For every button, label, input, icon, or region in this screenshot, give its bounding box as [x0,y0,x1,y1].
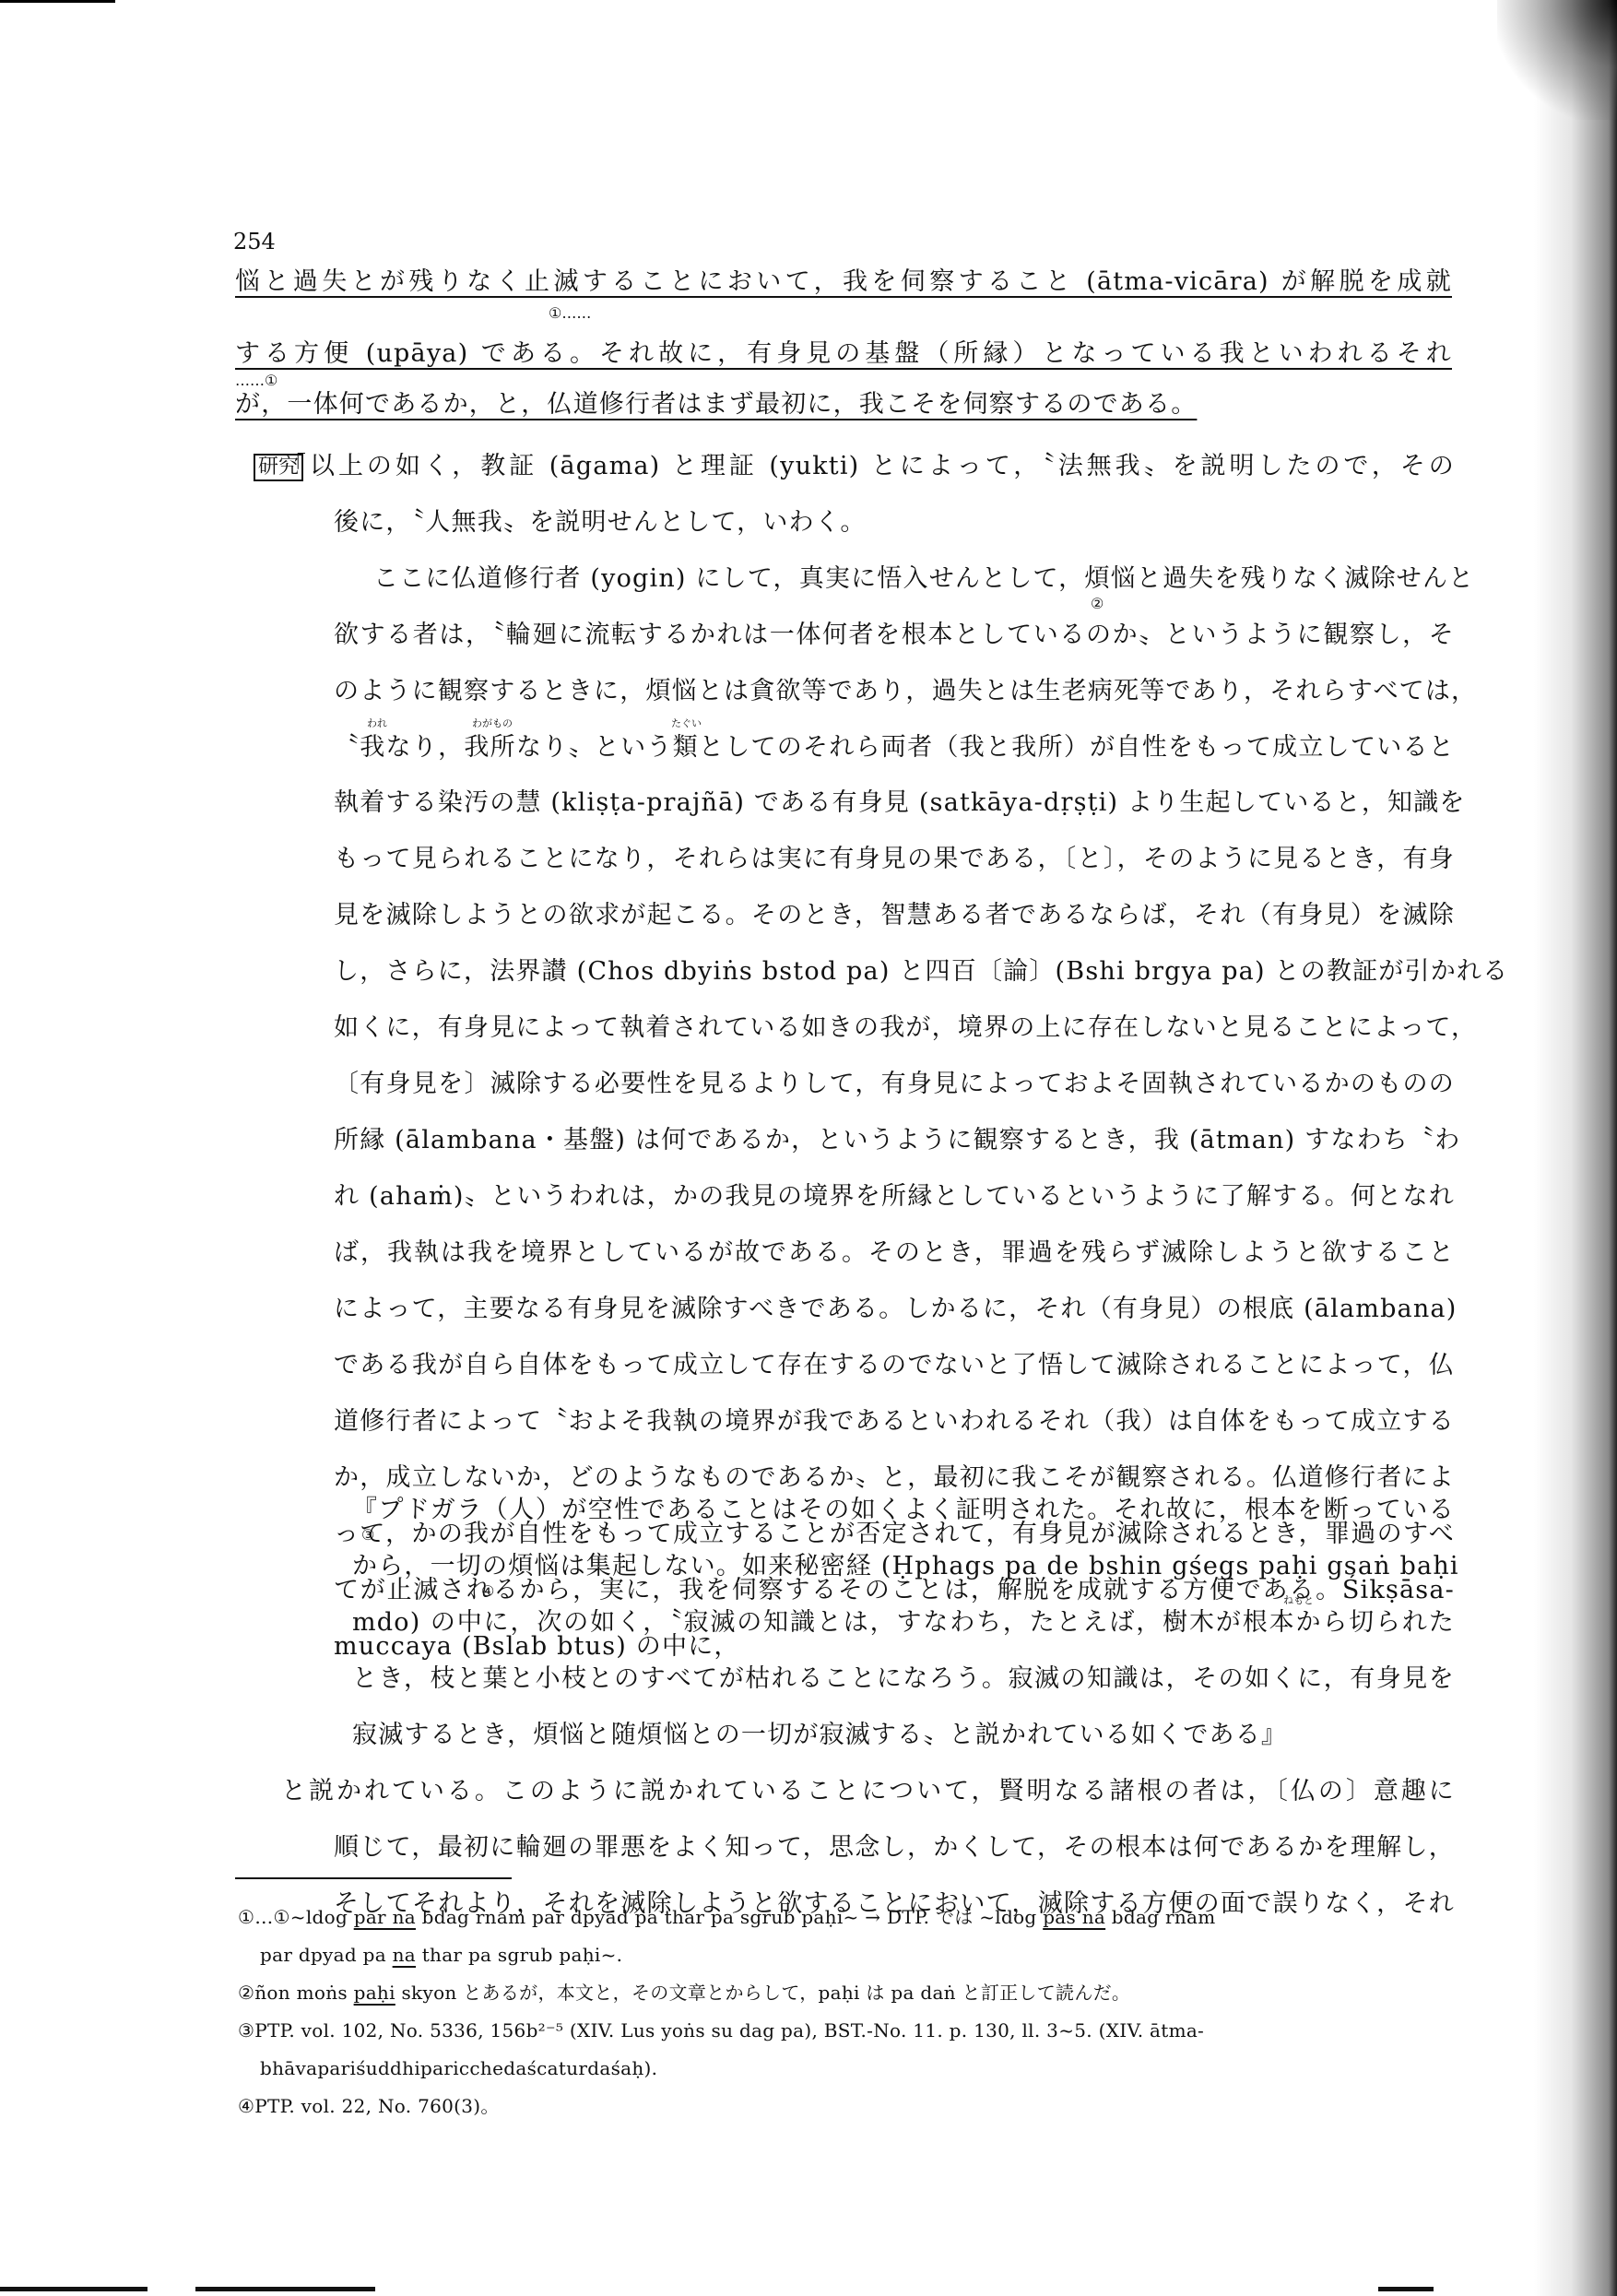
research-line: のように観察するときに，煩悩とは貪欲等であり，過失とは生老病死等であり，それらす… [334,677,1455,706]
footnote-4: ④PTP. vol. 22, No. 760(3)。 [238,2094,500,2118]
research-line: 欲する者は，〝輪廻に流転するかれは一体何者を根本としているのか〟というように観察… [334,621,1455,650]
footnote-3-cont: bhāvapariśuddhiparicchedaścaturdaśaḥ). [260,2056,657,2080]
research-line: ば，我執は我を境界としているが故である。そのとき，罪過を残らず滅除しようと欲する… [334,1238,1455,1268]
research-line: 如くに，有身見によって執着されている如きの我が，境界の上に存在しないと見ることに… [334,1013,1455,1043]
quote-line: 『プドガラ（人）が空性であることはその如くよく証明された。それ故に，根本を断って… [352,1496,1455,1525]
research-line: か，成立しないか，どのようなものであるか〟と，最初に我こそが観察される。仏道修行… [334,1463,1455,1493]
research-line: ここに仏道修行者 (yogin) にして，真実に悟入せんとして，煩悩と過失を残り… [373,564,1455,594]
footnote-3: ③PTP. vol. 102, No. 5336, 156b²⁻⁵ (XIV. … [238,2018,1204,2042]
research-line: である我が自ら自体をもって成立して存在するのでないと了悟して滅除されることによっ… [334,1351,1455,1380]
closing-line: と説かれている。このように説かれていることについて，賢明なる諸根の者は，〔仏の〕… [281,1777,1455,1806]
note-reference-mark: ①…… [549,304,591,322]
footnote-text: ④PTP. vol. 22, No. 760(3)。 [238,2095,500,2117]
research-line: もって見られることになり，それらは実に有身見の果である，〔と〕，そのように見ると… [334,845,1455,874]
footnote-2: ②ñon moṅs paḥi skyon とあるが，本文と，その文章とからして，… [238,1981,1130,2005]
research-line: 後に，〝人無我〟を説明せんとして，いわく。 [334,508,867,538]
underlined-term: na [393,1944,416,1966]
footnote-text: ②ñon moṅs [238,1982,354,2004]
footnote-text: bdag rnam par dpyad pa thar pa sgrub paḥ… [416,1906,1043,1928]
research-line: し，さらに，法界讃 (Chos dbyiṅs bstod pa) と四百〔論〕(… [334,957,1455,987]
footnote-text: ③PTP. vol. 102, No. 5336, 156b²⁻⁵ (XIV. … [238,2019,1204,2042]
footnote-text: bhāvapariśuddhiparicchedaścaturdaśaḥ). [260,2057,657,2079]
scan-top-edge-line [0,0,115,3]
footnote-text: skyon とあるが，本文と，その文章とからして，paḥi は pa daṅ と… [395,1982,1130,2004]
research-line: 見を滅除しようとの欲求が起こる。そのとき，智慧ある者であるならば，それ（有身見）… [334,901,1455,930]
research-line: 執着する染汚の慧 (kliṣṭa-prajñā) である有身見 (satkāya… [334,788,1455,818]
underlined-term: paḥi [354,1982,395,2004]
research-line: 「以上の如く，教証 (āgama) と理証 (yukti) とによって，〝法無我… [281,452,1455,481]
ruby-annotation: われ [367,716,387,730]
footnote-text: par dpyad pa [260,1944,393,1966]
note-reference-mark: ④ [481,1582,494,1600]
quote-line: とき，枝と葉と小枝とのすべてが枯れることになろう。寂滅の知識は，その如くに，有身… [352,1664,1455,1694]
research-line: 所縁 (ālambana・基盤) は何であるか，というように観察するとき，我 (… [334,1126,1455,1155]
footnote-text: thar pa sgrub paḥi~. [416,1944,622,1966]
scan-bottom-edge-mid [195,2287,375,2291]
quote-line: から，一切の煩悩は集起しない。如来秘密経 (Ḥphags pa de bshin… [352,1552,1455,1581]
underlined-term: par na [354,1906,416,1928]
underlined-term: pas na [1043,1906,1105,1928]
note-reference-mark: ② [1091,595,1104,612]
closing-line: 順じて，最初に輪廻の罪悪をよく知って，思念し，かくして，その根本は何であるかを理… [334,1833,1455,1863]
intro-line: が，一体何であるか，と，仏道修行者はまず最初に，我こそを伺察するのである。 [235,390,1197,420]
scan-binding-shadow [1534,0,1617,2296]
footnote-divider [235,1877,512,1879]
quote-line: 寂滅するとき，煩悩と随煩悩との一切が寂滅する〟と説かれている如くである』 [352,1721,1287,1750]
footnote-text: ①…①~ldog [238,1906,354,1928]
ruby-annotation: ねもと [1283,1592,1314,1607]
footnote-1: ①…①~ldog par na bdag rnam par dpyad pa t… [238,1905,1216,1929]
research-line: によって，主要なる有身見を滅除すべきである。しかるに，それ（有身見）の根底 (ā… [334,1295,1455,1324]
intro-line: 悩と過失とが残りなく止滅することにおいて，我を伺察すること (ātma-vicā… [235,267,1452,297]
scan-bottom-edge-right [1378,2287,1434,2291]
scan-bottom-edge-left [0,2287,148,2291]
footnote-text: bdag rnam [1105,1906,1215,1928]
note-reference-mark: ③ [361,1526,374,1544]
page-number: 254 [233,229,276,254]
intro-line: する方便 (upāya) である。それ故に，有身見の基盤（所縁）となっている我と… [235,339,1452,369]
research-line: れ (ahaṁ)〟というわれは，かの我見の境界を所縁としているというように了解す… [334,1182,1455,1212]
research-line: 道修行者によって〝およそ我執の境界が我であるといわれるそれ（我）は自体をもって成… [334,1407,1455,1437]
scan-corner-shadow [1497,0,1617,120]
research-line: 〝我なり，我所なり〟という類としてのそれら両者（我と我所）が自性をもって成立して… [334,733,1455,763]
ruby-annotation: たぐい [671,716,702,730]
ruby-annotation: わがもの [472,716,513,730]
quote-line: mdo) の中に，次の如く，〝寂滅の知識とは，すなわち，たとえば，樹木が根本から… [352,1608,1455,1638]
note-reference-mark: ……① [235,372,277,389]
footnote-1-cont: par dpyad pa na thar pa sgrub paḥi~. [260,1943,622,1967]
research-line: 〔有身見を〕滅除する必要性を見るよりして，有身見によっておよそ固執されているかの… [334,1070,1455,1099]
